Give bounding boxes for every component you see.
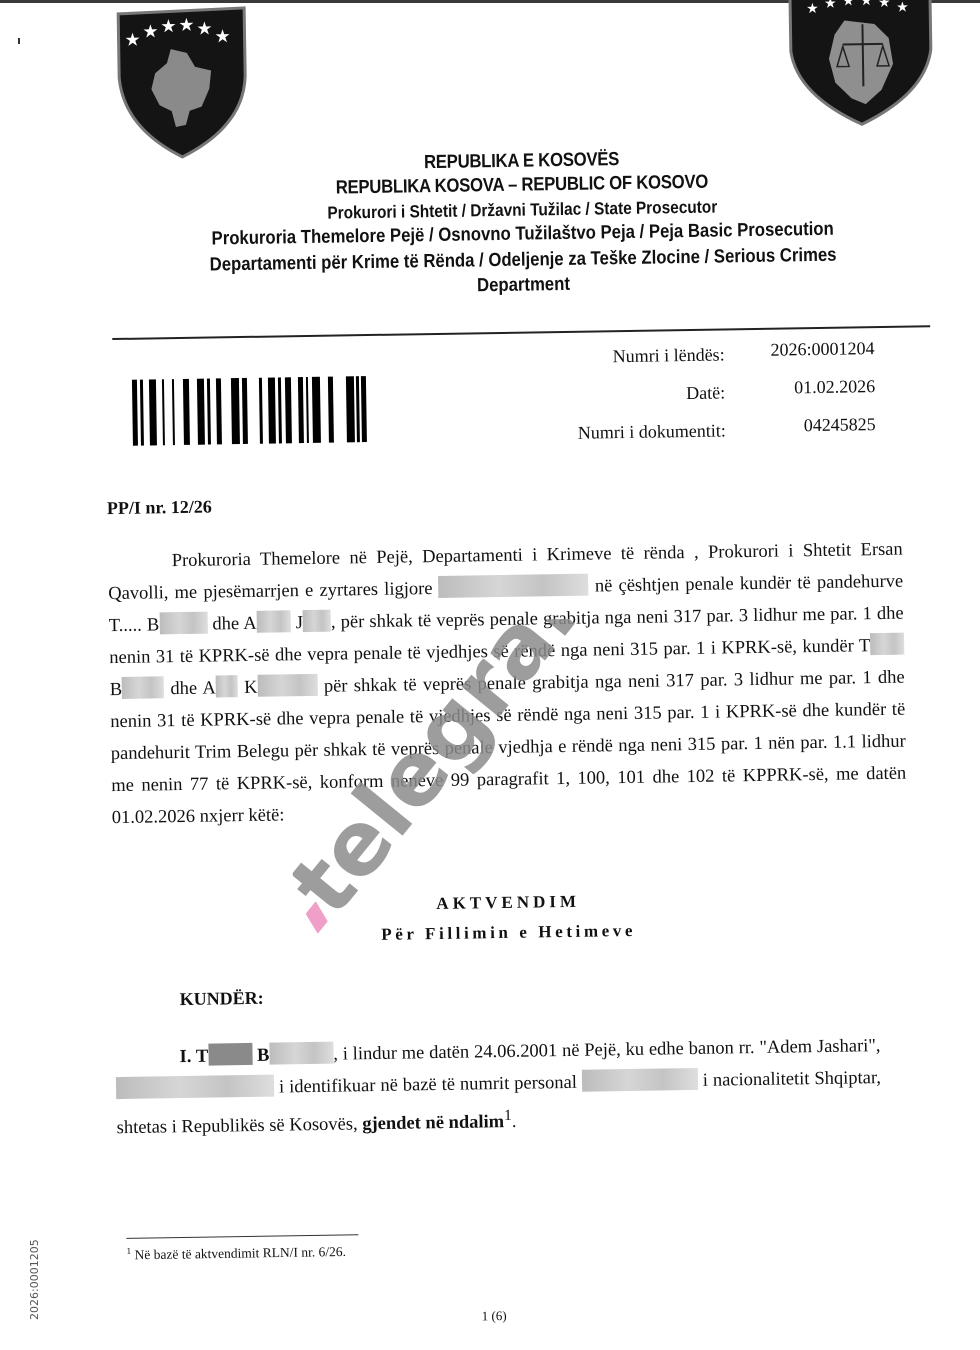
text: dhe A xyxy=(164,678,216,699)
barcode-bar xyxy=(231,378,240,444)
redaction-block xyxy=(303,610,331,632)
barcode xyxy=(132,376,367,446)
barcode-bar xyxy=(197,379,205,445)
barcode-bar xyxy=(298,377,304,443)
barcode-bar xyxy=(278,377,282,443)
svg-text:★: ★ xyxy=(178,15,194,36)
text: , i lindur me datën 24.06.2001 në Pejë, … xyxy=(333,1036,880,1065)
barcode-bar xyxy=(346,376,355,442)
prosecutor-scales-emblem-icon: ★★★ ★★★ xyxy=(784,0,936,127)
kosovo-coat-of-arms-icon: ★★★ ★★★ xyxy=(114,6,252,160)
barcode-bar xyxy=(183,379,190,445)
case-number-label: Numri i lëndës: xyxy=(612,344,724,367)
institution-header: REPUBLIKA E KOSOVËS REPUBLIKA KOSOVA – R… xyxy=(111,143,933,304)
text: i identifikuar në bazë të numrit persona… xyxy=(274,1073,582,1098)
barcode-bar xyxy=(356,376,360,442)
date-label: Datë: xyxy=(686,382,725,404)
text: . xyxy=(512,1112,517,1132)
barcode-bar xyxy=(259,378,263,444)
svg-text:★: ★ xyxy=(196,18,212,39)
svg-text:★: ★ xyxy=(824,0,837,12)
barcode-bar xyxy=(149,379,157,445)
text: J xyxy=(290,613,303,633)
document-number-row: Numri i dokumentit: 04245825 xyxy=(516,418,897,462)
barcode-bar xyxy=(140,380,144,446)
footnote-text: Në bazë të aktvendimit RLN/I nr. 6/26. xyxy=(131,1244,346,1262)
document-number-value: 04245825 xyxy=(804,414,876,436)
barcode-bar xyxy=(268,377,276,443)
decision-title: AKTVENDIM Për Fillimin e Hetimeve xyxy=(303,885,714,951)
defendant-entry: I. T B, i lindur me datën 24.06.2001 në … xyxy=(115,1030,882,1144)
svg-text:★: ★ xyxy=(878,0,891,11)
page-number: 1 (6) xyxy=(482,1308,507,1324)
preamble-paragraph: Prokuroria Themelore në Pejë, Departamen… xyxy=(108,534,907,834)
redaction-block xyxy=(870,633,904,656)
redaction-block xyxy=(122,676,164,699)
svg-text:★: ★ xyxy=(860,0,873,9)
redaction-block xyxy=(208,1043,252,1066)
svg-text:★: ★ xyxy=(142,21,158,42)
redaction-block xyxy=(159,612,207,635)
against-label: KUNDËR: xyxy=(180,988,264,1010)
date-value: 01.02.2026 xyxy=(794,376,875,398)
footnote-divider xyxy=(126,1234,358,1239)
barcode-bar xyxy=(328,377,334,443)
redaction-block xyxy=(439,574,589,598)
barcode-bar xyxy=(312,377,321,443)
barcode-bar xyxy=(172,379,175,445)
redaction-block xyxy=(582,1068,698,1092)
svg-text:★: ★ xyxy=(214,26,230,47)
decision-title-sub: Për Fillimin e Hetimeve xyxy=(303,915,713,951)
redaction-block xyxy=(116,1075,274,1099)
redaction-block xyxy=(216,675,238,697)
barcode-bar xyxy=(306,377,309,443)
defendant-initial: I. T xyxy=(179,1047,208,1067)
svg-text:★: ★ xyxy=(842,0,855,10)
defendant-paragraph: I. T B, i lindur me datën 24.06.2001 në … xyxy=(115,1030,882,1144)
barcode-bar xyxy=(361,376,367,442)
footnote: 1 Në bazë të aktvendimit RLN/I nr. 6/26. xyxy=(127,1242,347,1263)
header-divider xyxy=(112,325,930,340)
barcode-bar xyxy=(207,379,211,445)
svg-text:★: ★ xyxy=(160,16,176,37)
svg-text:★: ★ xyxy=(806,1,819,17)
defendant-surname-initial: B xyxy=(252,1046,269,1066)
text: B xyxy=(110,680,123,700)
text: K xyxy=(238,678,258,698)
redaction-block xyxy=(269,1042,333,1065)
decision-preamble: Prokuroria Themelore në Pejë, Departamen… xyxy=(108,534,907,834)
svg-text:★: ★ xyxy=(896,0,909,16)
case-metadata: Numri i lëndës: 2026:0001204 Datë: 01.02… xyxy=(514,342,896,462)
barcode-bar xyxy=(162,379,165,445)
barcode-bar xyxy=(132,380,138,446)
detention-status: gjendet në ndalim xyxy=(362,1112,504,1134)
barcode-bar xyxy=(242,378,248,444)
reference-number: PP/I nr. 12/26 xyxy=(107,497,212,520)
side-document-id: 2026:0001205 xyxy=(28,1239,41,1320)
case-number-value: 2026:0001204 xyxy=(770,338,874,361)
barcode-bar xyxy=(285,377,292,443)
document-number-label: Numri i dokumentit: xyxy=(578,420,726,443)
document-page: ★★★ ★★★ ★★★ ★★★ REPUBLIKA E KOSOVËS REPU… xyxy=(0,0,980,1350)
text: dhe A xyxy=(207,614,257,635)
redaction-block xyxy=(257,674,317,697)
svg-text:★: ★ xyxy=(124,30,140,51)
barcode-bar xyxy=(216,378,222,444)
redaction-block xyxy=(256,610,290,633)
